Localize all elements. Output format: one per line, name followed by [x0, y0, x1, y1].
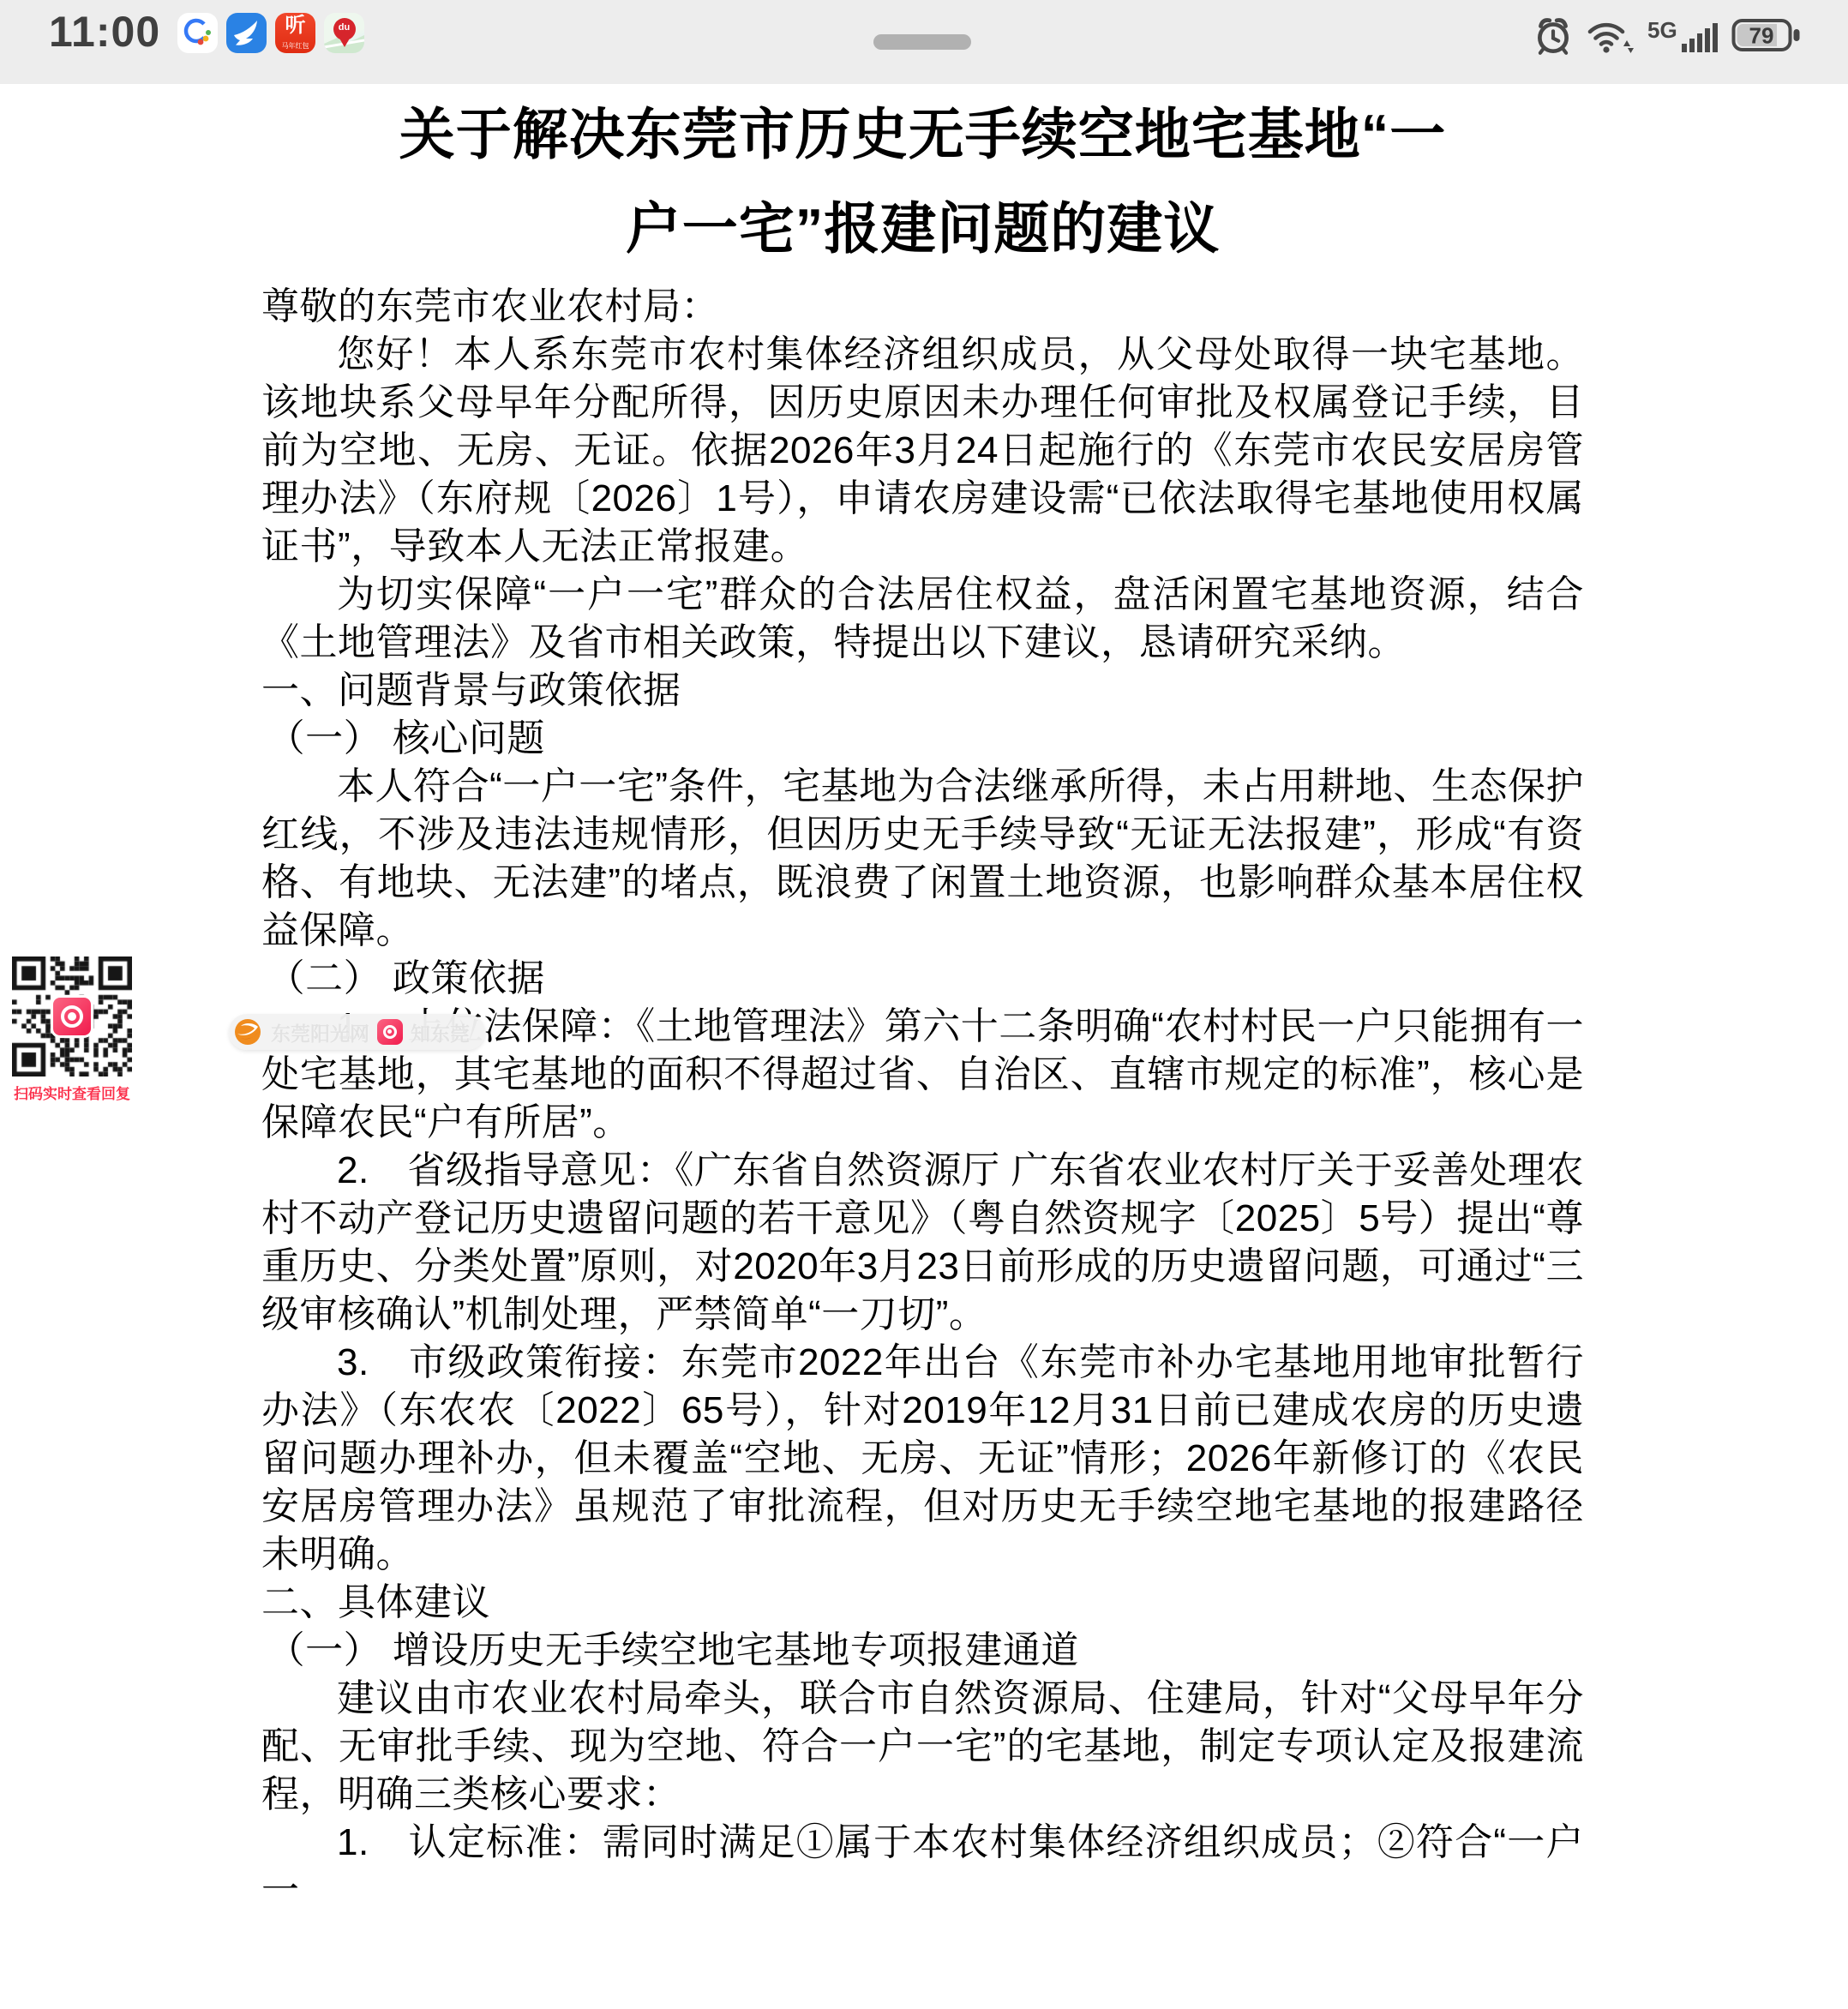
watermark-app-name: 知东莞 [411, 1018, 470, 1046]
listen-character: 听 [275, 15, 315, 36]
phone-screenshot: 11:00 听 马年红包 [0, 0, 1848, 2009]
status-bar: 11:00 听 马年红包 [0, 0, 1848, 84]
document-viewer[interactable]: 关于解决东莞市历史无手续空地宅基地“一 户一宅”报建问题的建议 尊敬的东莞市农业… [261, 86, 1584, 1915]
doc-line-h2: （一） 核心问题 [261, 715, 1584, 763]
camera-notch-pill [873, 34, 971, 50]
doc-line-num: 2. 省级指导意见：《广东省自然资源厅 广东省农业农村厅关于妥善处理农村不动产登… [261, 1147, 1584, 1339]
ximalaya-listen-icon: 听 马年红包 [275, 13, 315, 53]
qr-caption: 扫码实时查看回复 [12, 1082, 132, 1103]
network-type-label: 5G [1647, 17, 1677, 43]
doc-line-salutation: 尊敬的东莞市农业农村局： [261, 283, 1584, 331]
watermark-app-icon [377, 1019, 403, 1045]
doc-line-num: 1. 认定标准：需同时满足①属于本农村集体经济组织成员；②符合“一户一 [261, 1819, 1584, 1915]
notification-app-icons: 听 马年红包 du [177, 13, 364, 53]
doc-line-para: 本人符合“一户一宅”条件，宅基地为合法继承所得，未占用耕地、生态保护红线，不涉及… [261, 763, 1584, 955]
source-watermark-badge: 东莞阳光网 知东莞 [229, 1014, 485, 1050]
baidu-maps-icon: du [324, 13, 364, 53]
dingtalk-icon [226, 13, 267, 53]
document-body: 尊敬的东莞市农业农村局：您好！本人系东莞市农村集体经济组织成员，从父母处取得一块… [261, 283, 1584, 1915]
sun0769-swirl-icon [232, 1016, 263, 1047]
document-title-line1: 关于解决东莞市历史无手续空地宅基地“一 [261, 87, 1584, 182]
eye-logo-icon [61, 1005, 83, 1028]
watermark-site-name: 东莞阳光网 [271, 1018, 369, 1046]
doc-line-para: 建议由市农业农村局牵头，联合市自然资源局、住建局，针对“父母早年分配、无审批手续… [261, 1675, 1584, 1819]
doc-line-para: 您好！本人系东莞市农村集体经济组织成员，从父母处取得一块宅基地。该地块系父母早年… [261, 331, 1584, 571]
doc-line-num: 3. 市级政策衔接：东莞市2022年出台《东莞市补办宅基地用地审批暂行办法》（东… [261, 1339, 1584, 1579]
qr-center-app-logo [51, 995, 93, 1038]
eye-logo-icon [383, 1025, 397, 1039]
map-pin-label: du [333, 22, 356, 33]
battery-icon: 79 [1731, 15, 1803, 57]
listen-banner-text: 马年红包 [275, 41, 315, 51]
doc-line-h2: （一） 增设历史无手续空地宅基地专项报建通道 [261, 1627, 1584, 1675]
clock-time: 11:00 [49, 7, 160, 57]
alarm-clock-icon [1532, 15, 1575, 57]
wifi-icon [1586, 15, 1635, 57]
doc-line-h1: 二、具体建议 [261, 1579, 1584, 1627]
qr-overlay: 扫码实时查看回复 [12, 957, 132, 1103]
document-title: 关于解决东莞市历史无手续空地宅基地“一 户一宅”报建问题的建议 [261, 86, 1584, 276]
document-title-line2: 户一宅”报建问题的建议 [261, 182, 1584, 276]
doc-line-h2: （二） 政策依据 [261, 955, 1584, 1003]
battery-percent: 79 [1749, 23, 1774, 49]
signal-5g-icon: 5G [1647, 15, 1720, 57]
status-indicators: 5G 79 [1532, 14, 1803, 58]
doc-line-h1: 一、问题背景与政策依据 [261, 667, 1584, 715]
doc-line-para: 为切实保障“一户一宅”群众的合法居住权益，盘活闲置宅基地资源，结合《土地管理法》… [261, 571, 1584, 667]
wecom-chat-icon [177, 13, 218, 53]
map-pin-shape: du [333, 18, 356, 40]
